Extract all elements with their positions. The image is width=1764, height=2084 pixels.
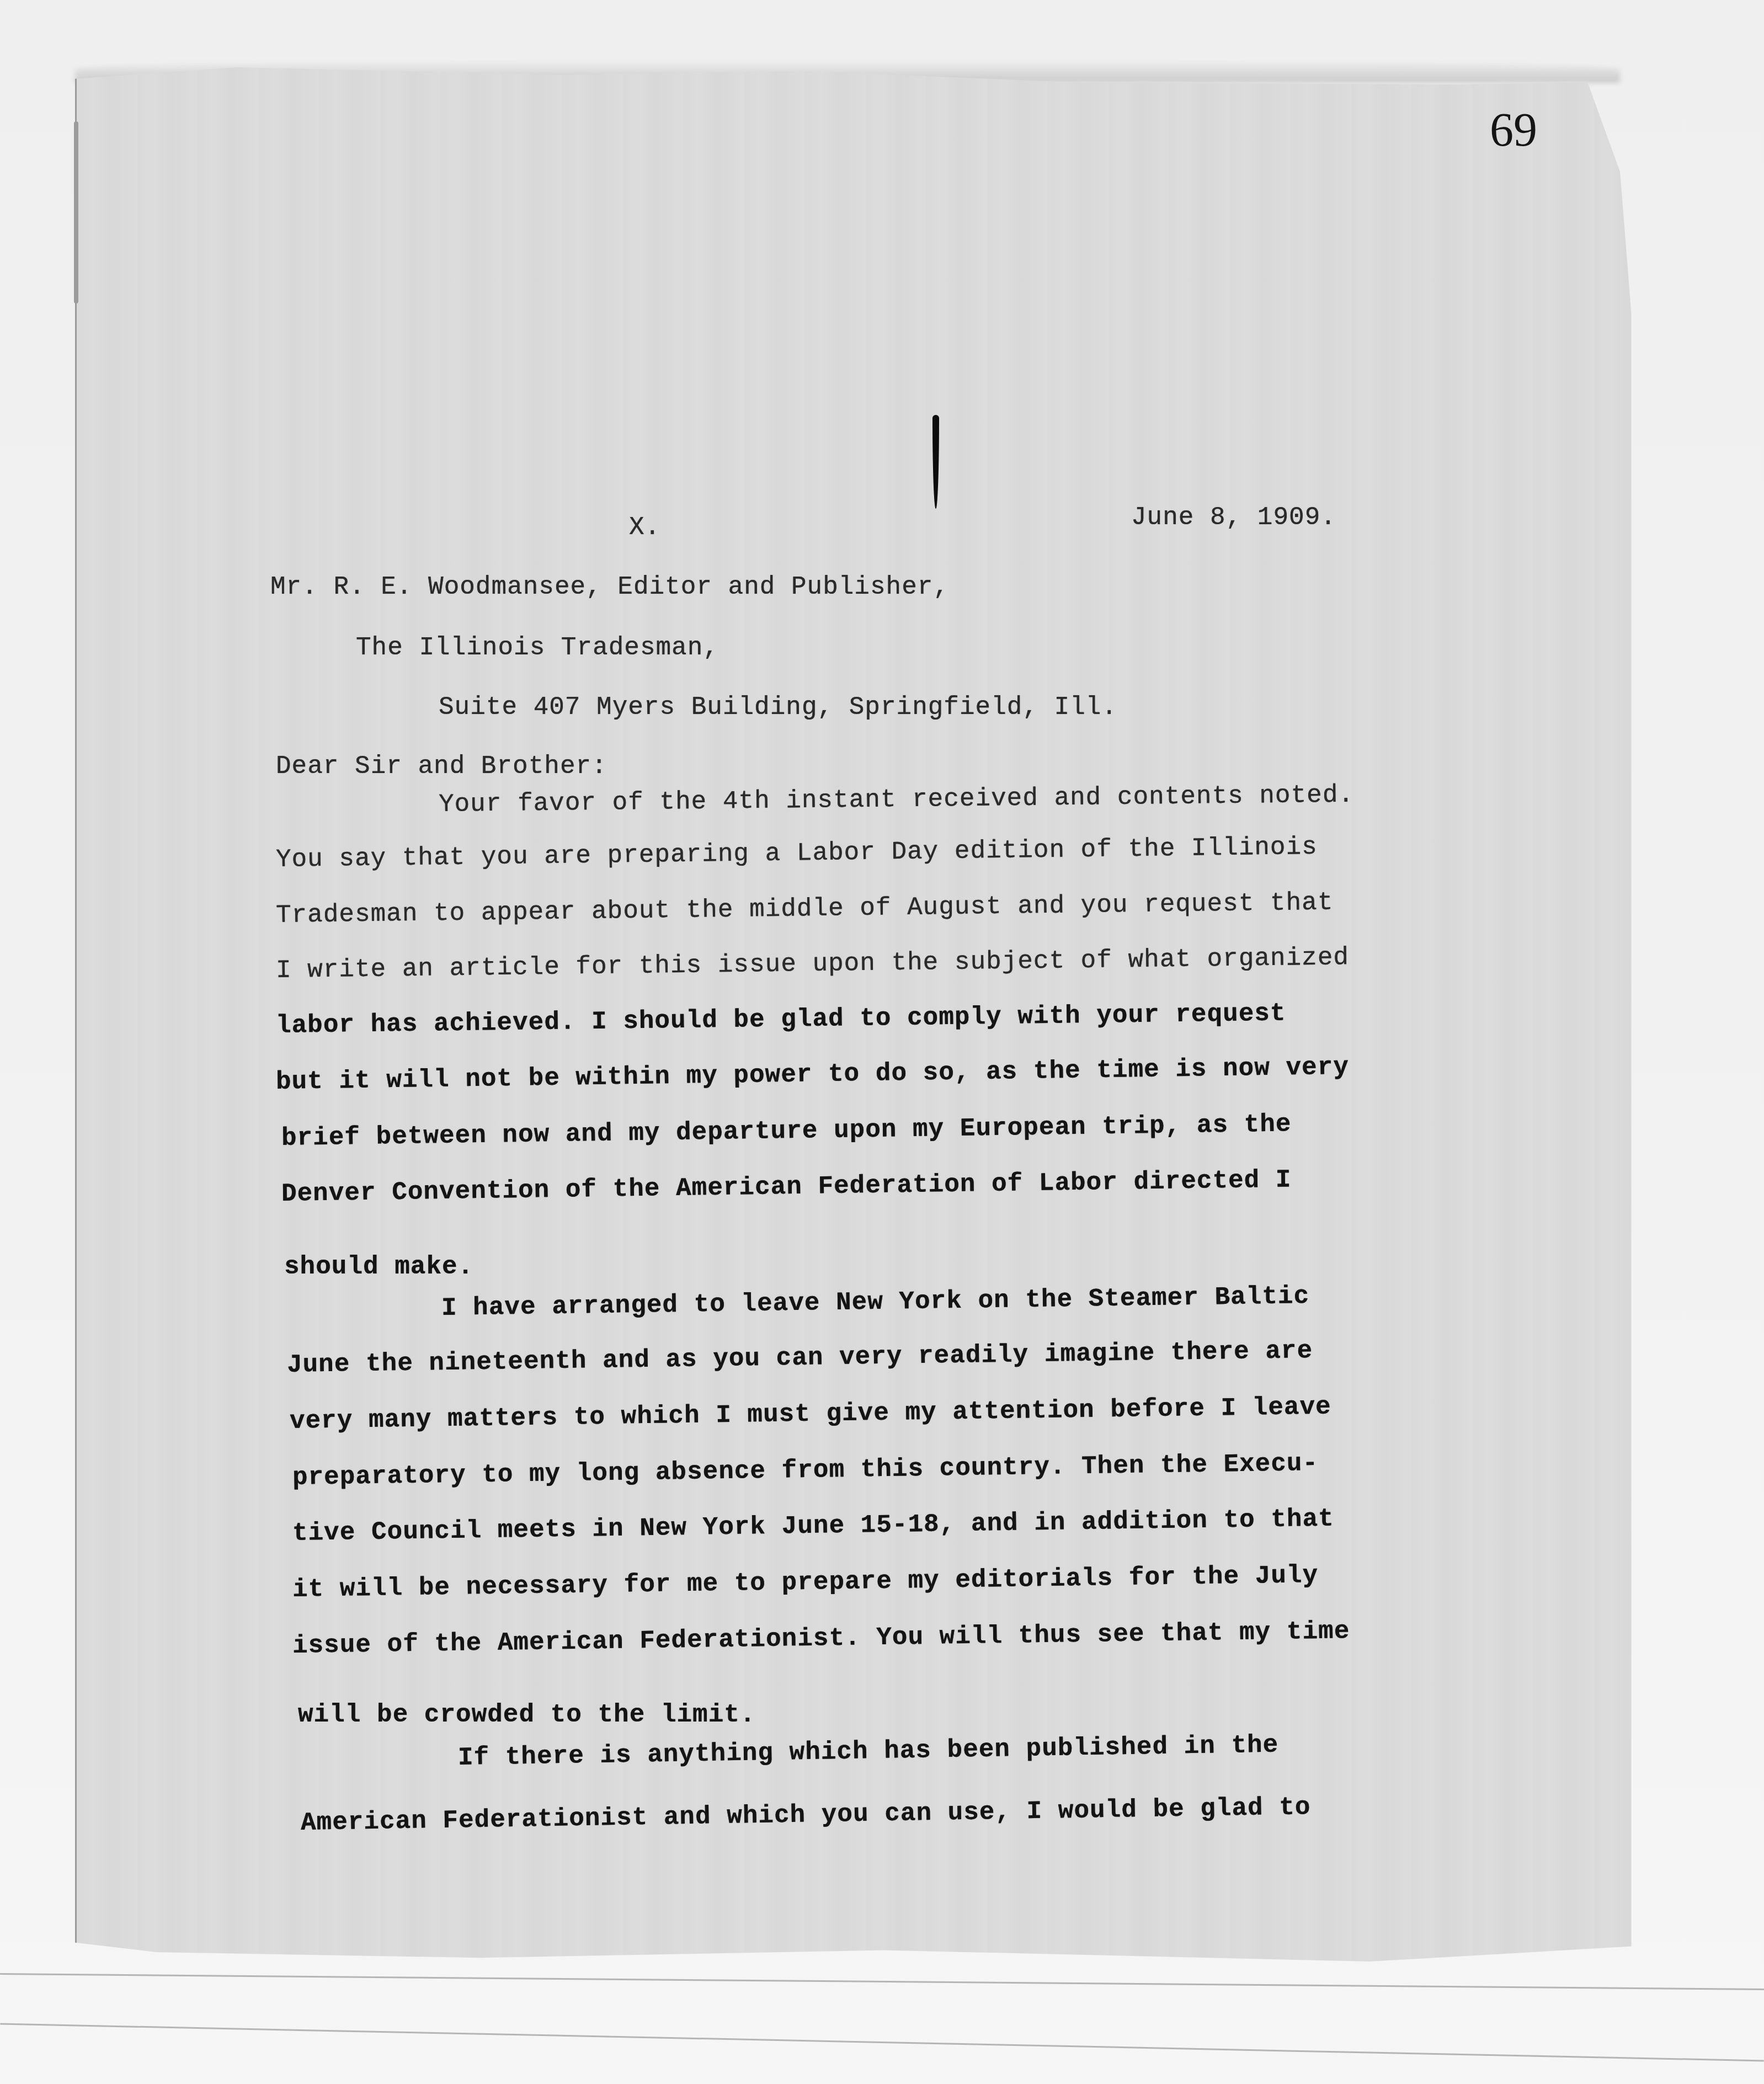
recipient-name: Mr. R. E. Woodmansee, Editor and Publish…	[270, 573, 949, 601]
body-line: should make.	[284, 1252, 473, 1281]
letter-date: June 8, 1909.	[1131, 503, 1336, 532]
recipient-address: Suite 407 Myers Building, Springfield, I…	[439, 693, 1117, 722]
salutation: Dear Sir and Brother:	[276, 752, 607, 781]
body-line: will be crowded to the limit.	[298, 1701, 756, 1729]
paper-crease	[74, 121, 78, 303]
recipient-organization: The Illinois Tradesman,	[356, 633, 719, 662]
page-number: 69	[1490, 102, 1537, 157]
file-mark: X.	[629, 513, 660, 542]
